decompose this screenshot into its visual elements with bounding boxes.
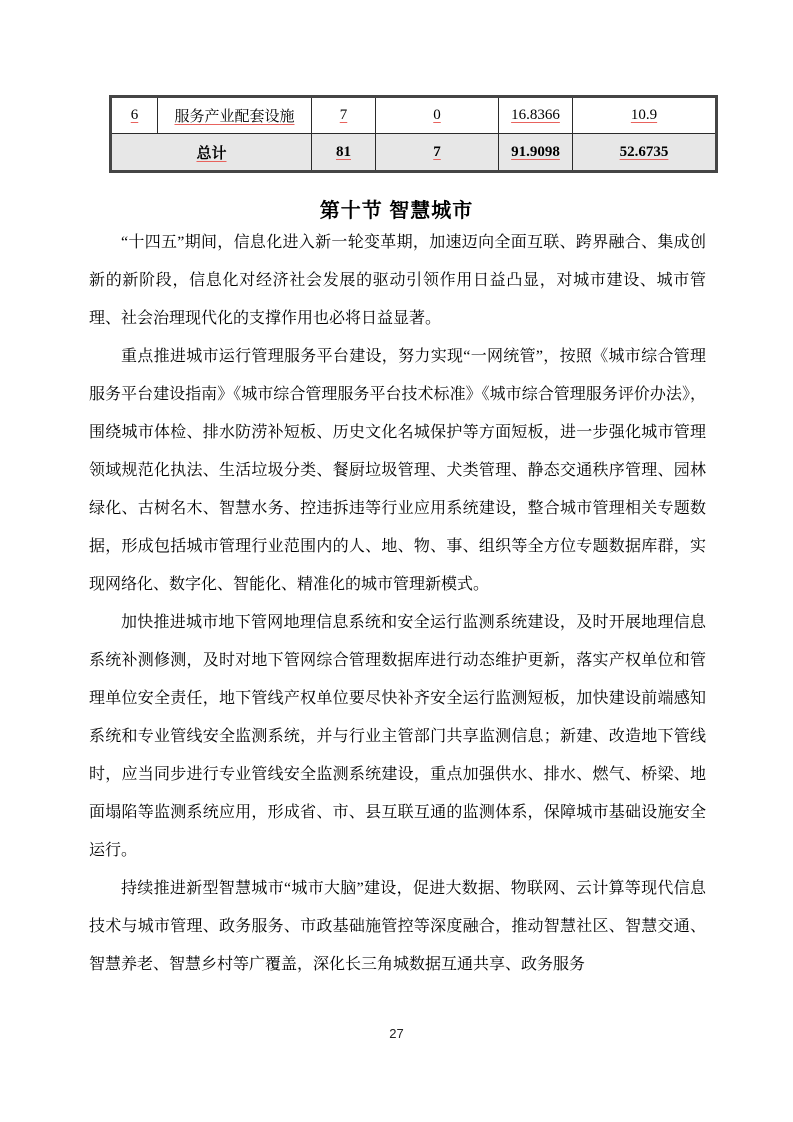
document-page: 6 服务产业配套设施 7 0 16.8366 10.9 总计 81 7 91.9… bbox=[0, 0, 793, 1122]
doc-table: 6 服务产业配套设施 7 0 16.8366 10.9 总计 81 7 91.9… bbox=[109, 95, 718, 173]
cell-value: 0 bbox=[433, 107, 441, 123]
cell-value: 10.9 bbox=[631, 107, 657, 123]
table-cell-count2: 0 bbox=[376, 97, 499, 134]
table-cell-index: 6 bbox=[111, 97, 158, 134]
paragraph: 重点推进城市运行管理服务平台建设，努力实现“一网统管”，按照《城市综合管理服务平… bbox=[89, 338, 706, 604]
table-row: 6 服务产业配套设施 7 0 16.8366 10.9 bbox=[111, 97, 717, 134]
table-cell-total-label: 总计 bbox=[111, 134, 312, 172]
cell-value: 服务产业配套设施 bbox=[174, 109, 294, 125]
table-cell-total-count2: 7 bbox=[376, 134, 499, 172]
paragraph: “十四五”期间，信息化进入新一轮变革期，加速迈向全面互联、跨界融合、集成创新的新… bbox=[89, 224, 706, 338]
paragraph: 持续推进新型智慧城市“城市大脑”建设，促进大数据、物联网、云计算等现代信息技术与… bbox=[89, 870, 706, 984]
cell-value: 91.9098 bbox=[511, 144, 560, 160]
cell-value: 81 bbox=[336, 144, 351, 160]
table-cell-total-amount1: 91.9098 bbox=[499, 134, 573, 172]
table-cell-category: 服务产业配套设施 bbox=[158, 97, 312, 134]
page-number: 27 bbox=[0, 1026, 793, 1041]
cell-value: 6 bbox=[131, 107, 139, 123]
paragraph: 加快推进城市地下管网地理信息系统和安全运行监测系统建设，及时开展地理信息系统补测… bbox=[89, 604, 706, 870]
table-cell-total-amount2: 52.6735 bbox=[573, 134, 717, 172]
table-cell-count1: 7 bbox=[312, 97, 376, 134]
cell-value: 7 bbox=[340, 107, 348, 123]
table-cell-total-count1: 81 bbox=[312, 134, 376, 172]
cell-value: 52.6735 bbox=[620, 144, 669, 160]
cell-value: 16.8366 bbox=[511, 107, 560, 123]
table-total-row: 总计 81 7 91.9098 52.6735 bbox=[111, 134, 717, 172]
body-text: “十四五”期间，信息化进入新一轮变革期，加速迈向全面互联、跨界融合、集成创新的新… bbox=[89, 224, 706, 984]
section-heading: 第十节 智慧城市 bbox=[0, 194, 793, 223]
cell-value: 总计 bbox=[196, 146, 226, 162]
table-cell-amount1: 16.8366 bbox=[499, 97, 573, 134]
table-cell-amount2: 10.9 bbox=[573, 97, 717, 134]
cell-value: 7 bbox=[433, 144, 441, 160]
